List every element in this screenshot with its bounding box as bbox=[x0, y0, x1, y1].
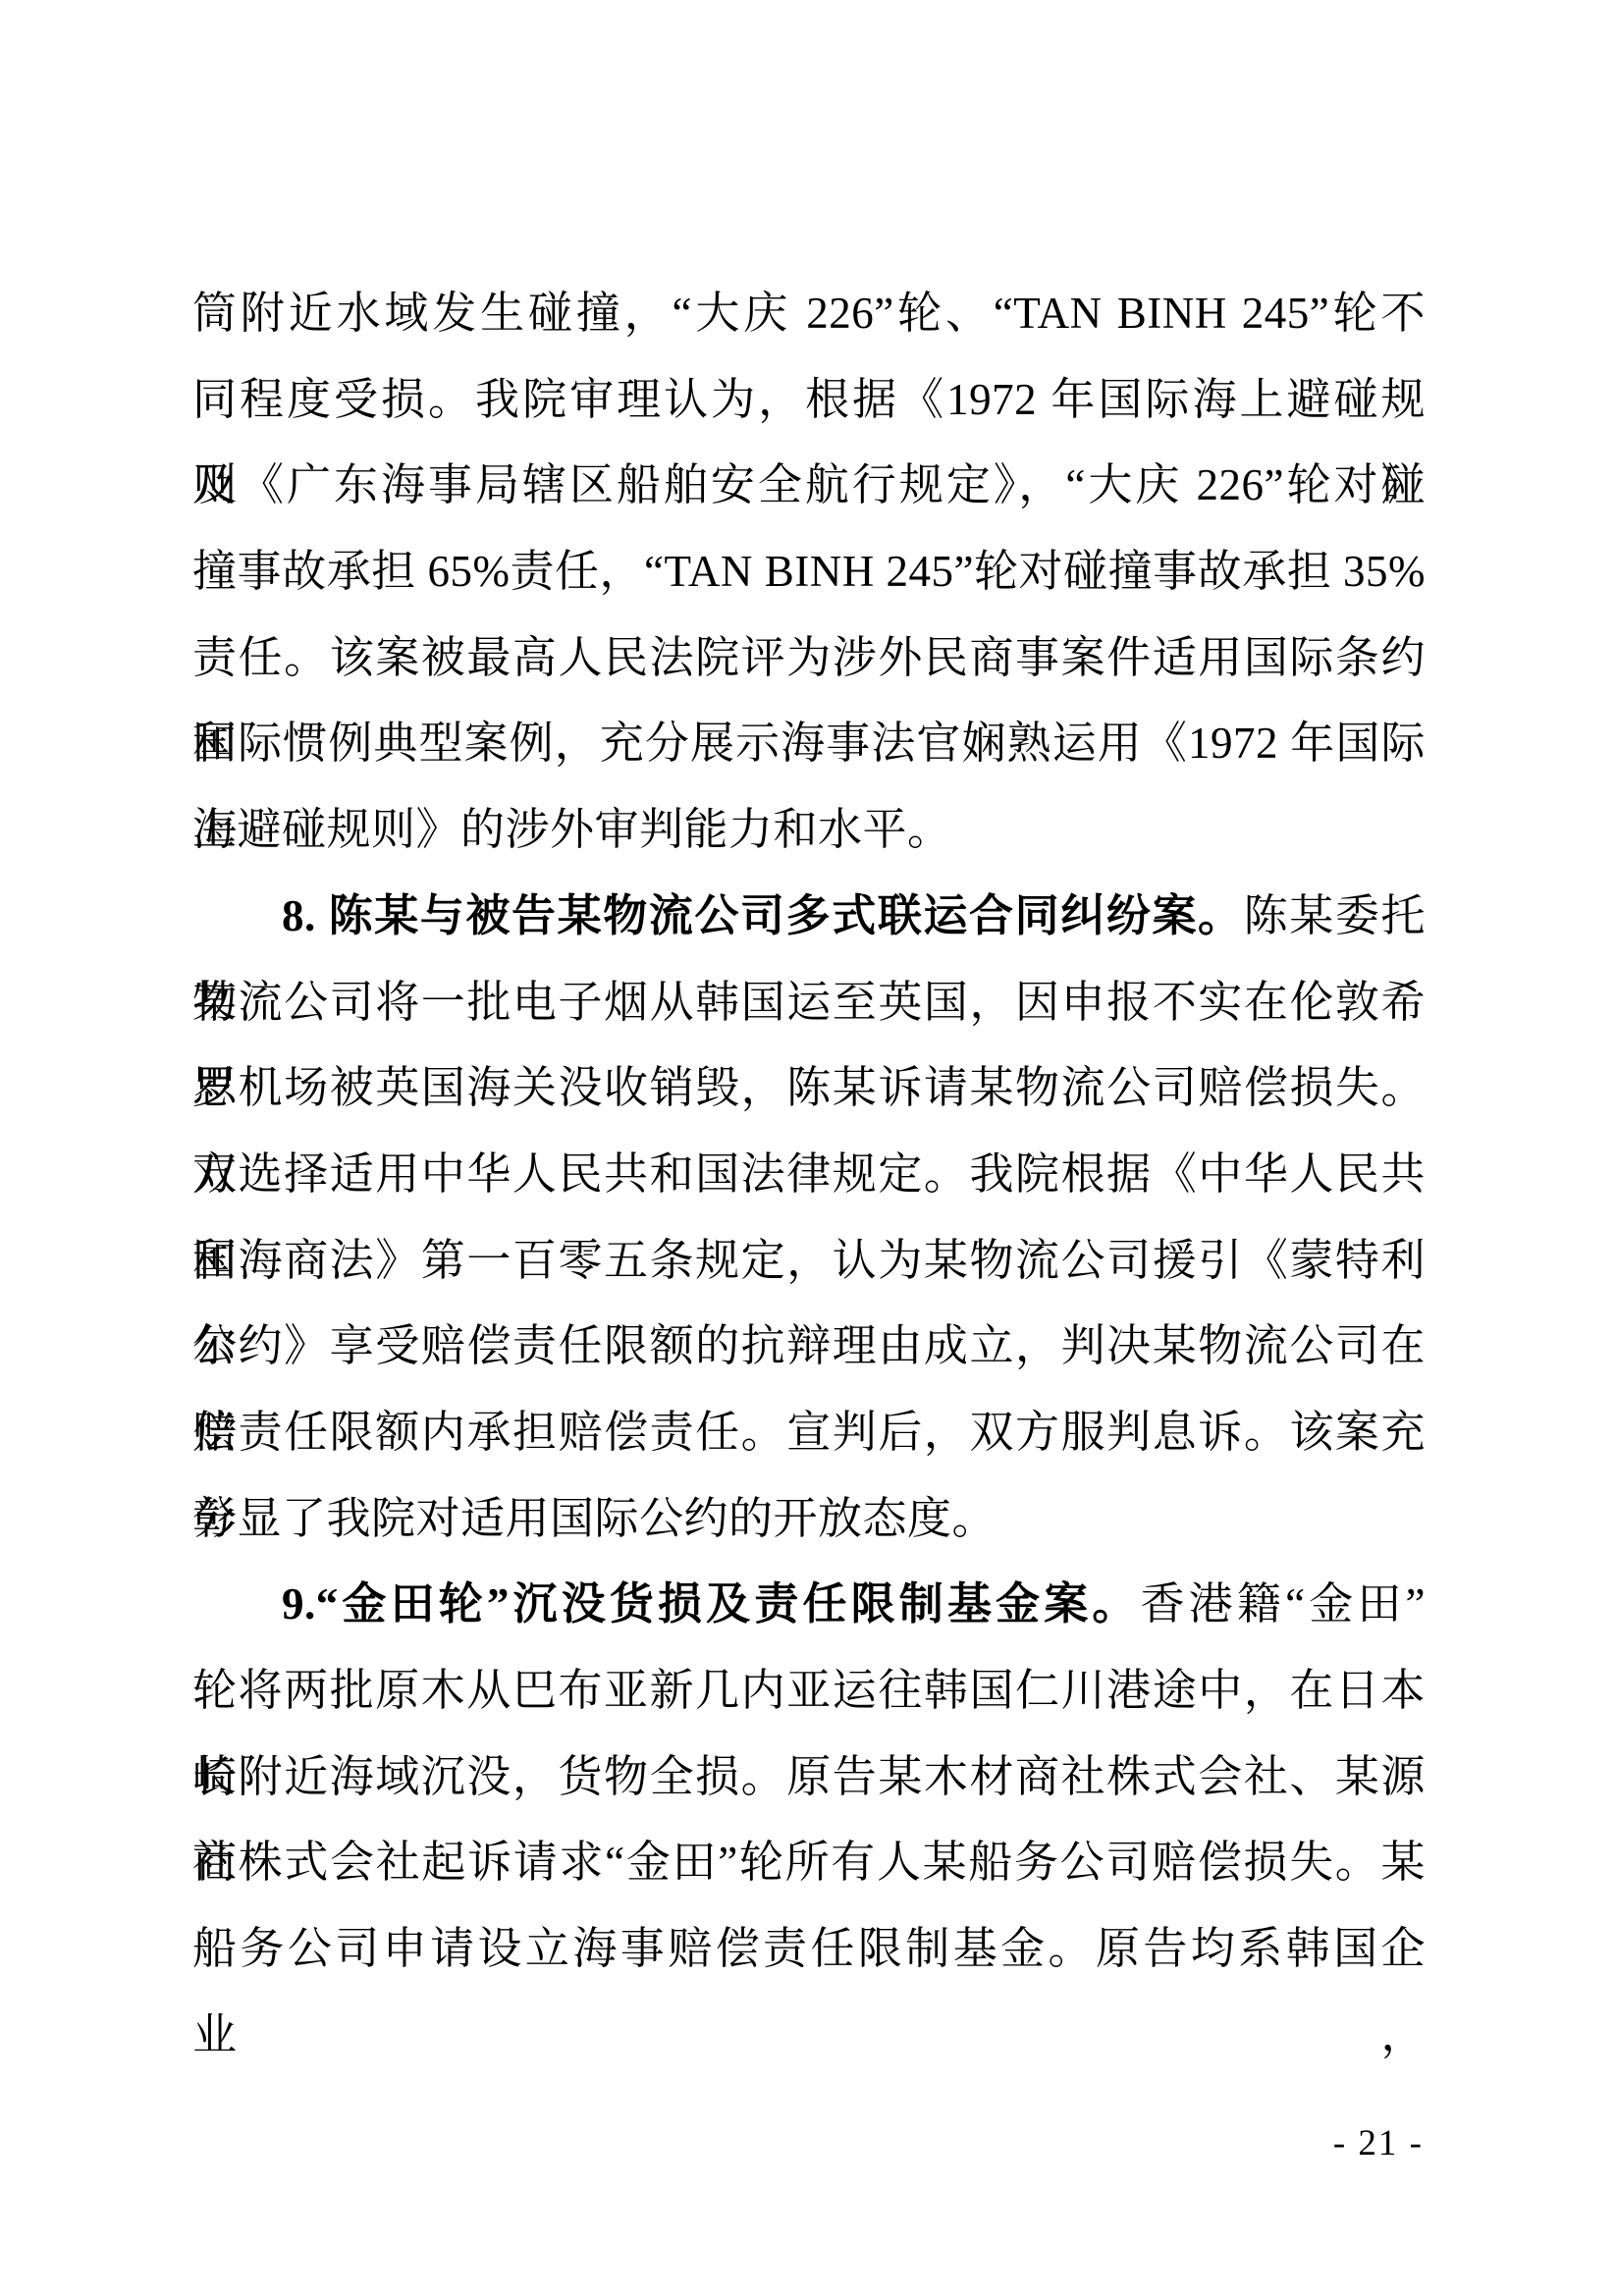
text-line: 撞事故承担 65%责任，“TAN BINH 245”轮对碰撞事故承担 35% bbox=[192, 529, 1426, 615]
text-line: 物流公司将一批电子烟从韩国运至英国，因申报不实在伦敦希思 bbox=[192, 960, 1426, 1046]
text-line: 轮将两批原木从巴布亚新几内亚运往韩国仁川港途中，在日本长 bbox=[192, 1648, 1426, 1735]
text-line: 国海商法》第一百零五条规定，认为某物流公司援引《蒙特利尔 bbox=[192, 1218, 1426, 1305]
text-run: 筒附近水域发生碰撞，“大庆 226”轮、“TAN BINH 245”轮不 bbox=[192, 289, 1426, 338]
case-title-bold-run: 9.“金田轮”沉没货损及责任限制基金案。 bbox=[282, 1579, 1141, 1629]
text-line: 国际惯例典型案例，充分展示海事法官娴熟运用《1972 年国际海 bbox=[192, 701, 1426, 787]
text-line: 及《广东海事局辖区船舶安全航行规定》，“大庆 226”轮对碰 bbox=[192, 443, 1426, 529]
text-run: 香港籍“金田” bbox=[1141, 1579, 1426, 1629]
text-run: 及《广东海事局辖区船舶安全航行规定》，“大庆 226”轮对碰 bbox=[192, 460, 1426, 509]
case-title-bold-run: 8. 陈某与被告某物流公司多式联运合同纠纷案。 bbox=[282, 891, 1244, 940]
text-line: 社株式会社起诉请求“金田”轮所有人某船务公司赔偿损失。某 bbox=[192, 1820, 1426, 1906]
text-line: 船务公司申请设立海事赔偿责任限制基金。原告均系韩国企业， bbox=[192, 1906, 1426, 1993]
text-line: 公约》享受赔偿责任限额的抗辩理由成立，判决某物流公司在赔 bbox=[192, 1304, 1426, 1390]
text-run: 社株式会社起诉请求“金田”轮所有人某船务公司赔偿损失。某 bbox=[192, 1838, 1426, 1887]
text-line: 同程度受损。我院审理认为，根据《1972 年国际海上避碰规则》 bbox=[192, 357, 1426, 444]
page-number: - 21 - bbox=[1333, 2122, 1424, 2165]
text-line: 上避碰规则》的涉外审判能力和水平。 bbox=[192, 787, 1426, 874]
text-line: 崎附近海域沉没，货物全损。原告某木材商社株式会社、某源商 bbox=[192, 1735, 1426, 1821]
text-line: 筒附近水域发生碰撞，“大庆 226”轮、“TAN BINH 245”轮不 bbox=[192, 271, 1426, 357]
text-run: 撞事故承担 65%责任，“TAN BINH 245”轮对碰撞事故承担 35% bbox=[192, 547, 1426, 596]
document-page: 筒附近水域发生碰撞，“大庆 226”轮、“TAN BINH 245”轮不同程度受… bbox=[0, 0, 1616, 2296]
text-line: 偿责任限额内承担赔偿责任。宣判后，双方服判息诉。该案充分 bbox=[192, 1390, 1426, 1476]
text-run: 上避碰规则》的涉外审判能力和水平。 bbox=[192, 805, 952, 854]
text-line: 方选择适用中华人民共和国法律规定。我院根据《中华人民共和 bbox=[192, 1132, 1426, 1218]
text-line: 责任。该案被最高人民法院评为涉外民商事案件适用国际条约和 bbox=[192, 615, 1426, 702]
text-run: 船务公司申请设立海事赔偿责任限制基金。原告均系韩国企业， bbox=[192, 1924, 1426, 2059]
text-line: 8. 陈某与被告某物流公司多式联运合同纠纷案。陈某委托某 bbox=[192, 874, 1426, 960]
text-line: 彰显了我院对适用国际公约的开放态度。 bbox=[192, 1476, 1426, 1563]
text-block: 筒附近水域发生碰撞，“大庆 226”轮、“TAN BINH 245”轮不同程度受… bbox=[192, 271, 1426, 1993]
text-run: 彰显了我院对适用国际公约的开放态度。 bbox=[192, 1494, 997, 1543]
text-line: 罗机场被英国海关没收销毁，陈某诉请某物流公司赔偿损失。双 bbox=[192, 1045, 1426, 1132]
text-line: 9.“金田轮”沉没货损及责任限制基金案。香港籍“金田” bbox=[192, 1562, 1426, 1648]
